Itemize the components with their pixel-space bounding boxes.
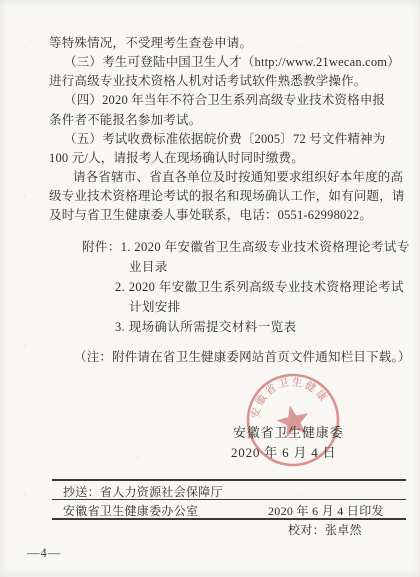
attachment-line: 2. 2020 年安徽卫生系列高级专业技术资格理论考试 [115,280,404,294]
footer-divider-top [52,479,406,481]
attachment-line: 业目录 [129,260,168,274]
body-line: 100 元/人，请报考人在现场确认时同时缴费。 [49,151,304,165]
attachment-line: 3. 现场确认所需提交材料一览表 [115,320,296,334]
body-line: （五）考试收费标准依据皖价费〔2005〕72 号文件精神为 [64,132,385,146]
note-line: （注：附件请在省卫生健康委网站首页文件通知栏目下载。） [74,350,411,364]
footer-divider-middle [52,499,406,500]
svg-text:安徽省卫生健康委: 安徽省卫生健康委 [243,372,333,425]
body-line: 及时与省卫生健康委人事处联系，电话：0551-62998022。 [49,208,372,222]
footer-office: 安徽省卫生健康委办公室 [63,504,198,518]
document-page: 等特殊情况，不受理考生查卷申请。 （三）考生可登陆中国卫生人才（http://w… [0,0,420,577]
body-line: 条件者不能报名参加考试。 [49,113,201,127]
footer-proofreader: 校对：张卓然 [288,523,362,537]
attachment-line: 计划安排 [129,300,181,314]
body-line: 级专业技术资格理论考试的报名和现场确认工作，如有问题，请 [49,189,405,203]
body-line: （三）考生可登陆中国卫生人才（http://www.21wecan.com） [64,55,400,69]
seal-arc-text: 安徽省卫生健康委 [243,372,333,425]
page-number: —4— [27,546,61,560]
attachment-line: 附件：1. 2020 年安徽省卫生高级专业技术资格理论考试专 [82,240,410,254]
footer-cc: 抄送：省人力资源社会保障厅 [63,485,223,499]
body-line: 进行高级专业技术资格人机对话考试软件熟悉教学操作。 [49,74,367,88]
footer-divider-bottom [52,518,406,520]
body-line: 等特殊情况，不受理考生查卷申请。 [49,36,252,50]
footer-print-date: 2020 年 6 月 4 日印发 [268,504,384,518]
signature-org: 安徽省卫生健康委 [233,426,343,440]
signature-date: 2020 年 6 月 4 日 [231,446,336,460]
body-line: 请各省辖市、省直各单位及时按通知要求组织好本年度的高 [73,170,403,184]
body-line: （四）2020 年当年不符合卫生系列高级专业技术资格申报 [64,93,385,107]
